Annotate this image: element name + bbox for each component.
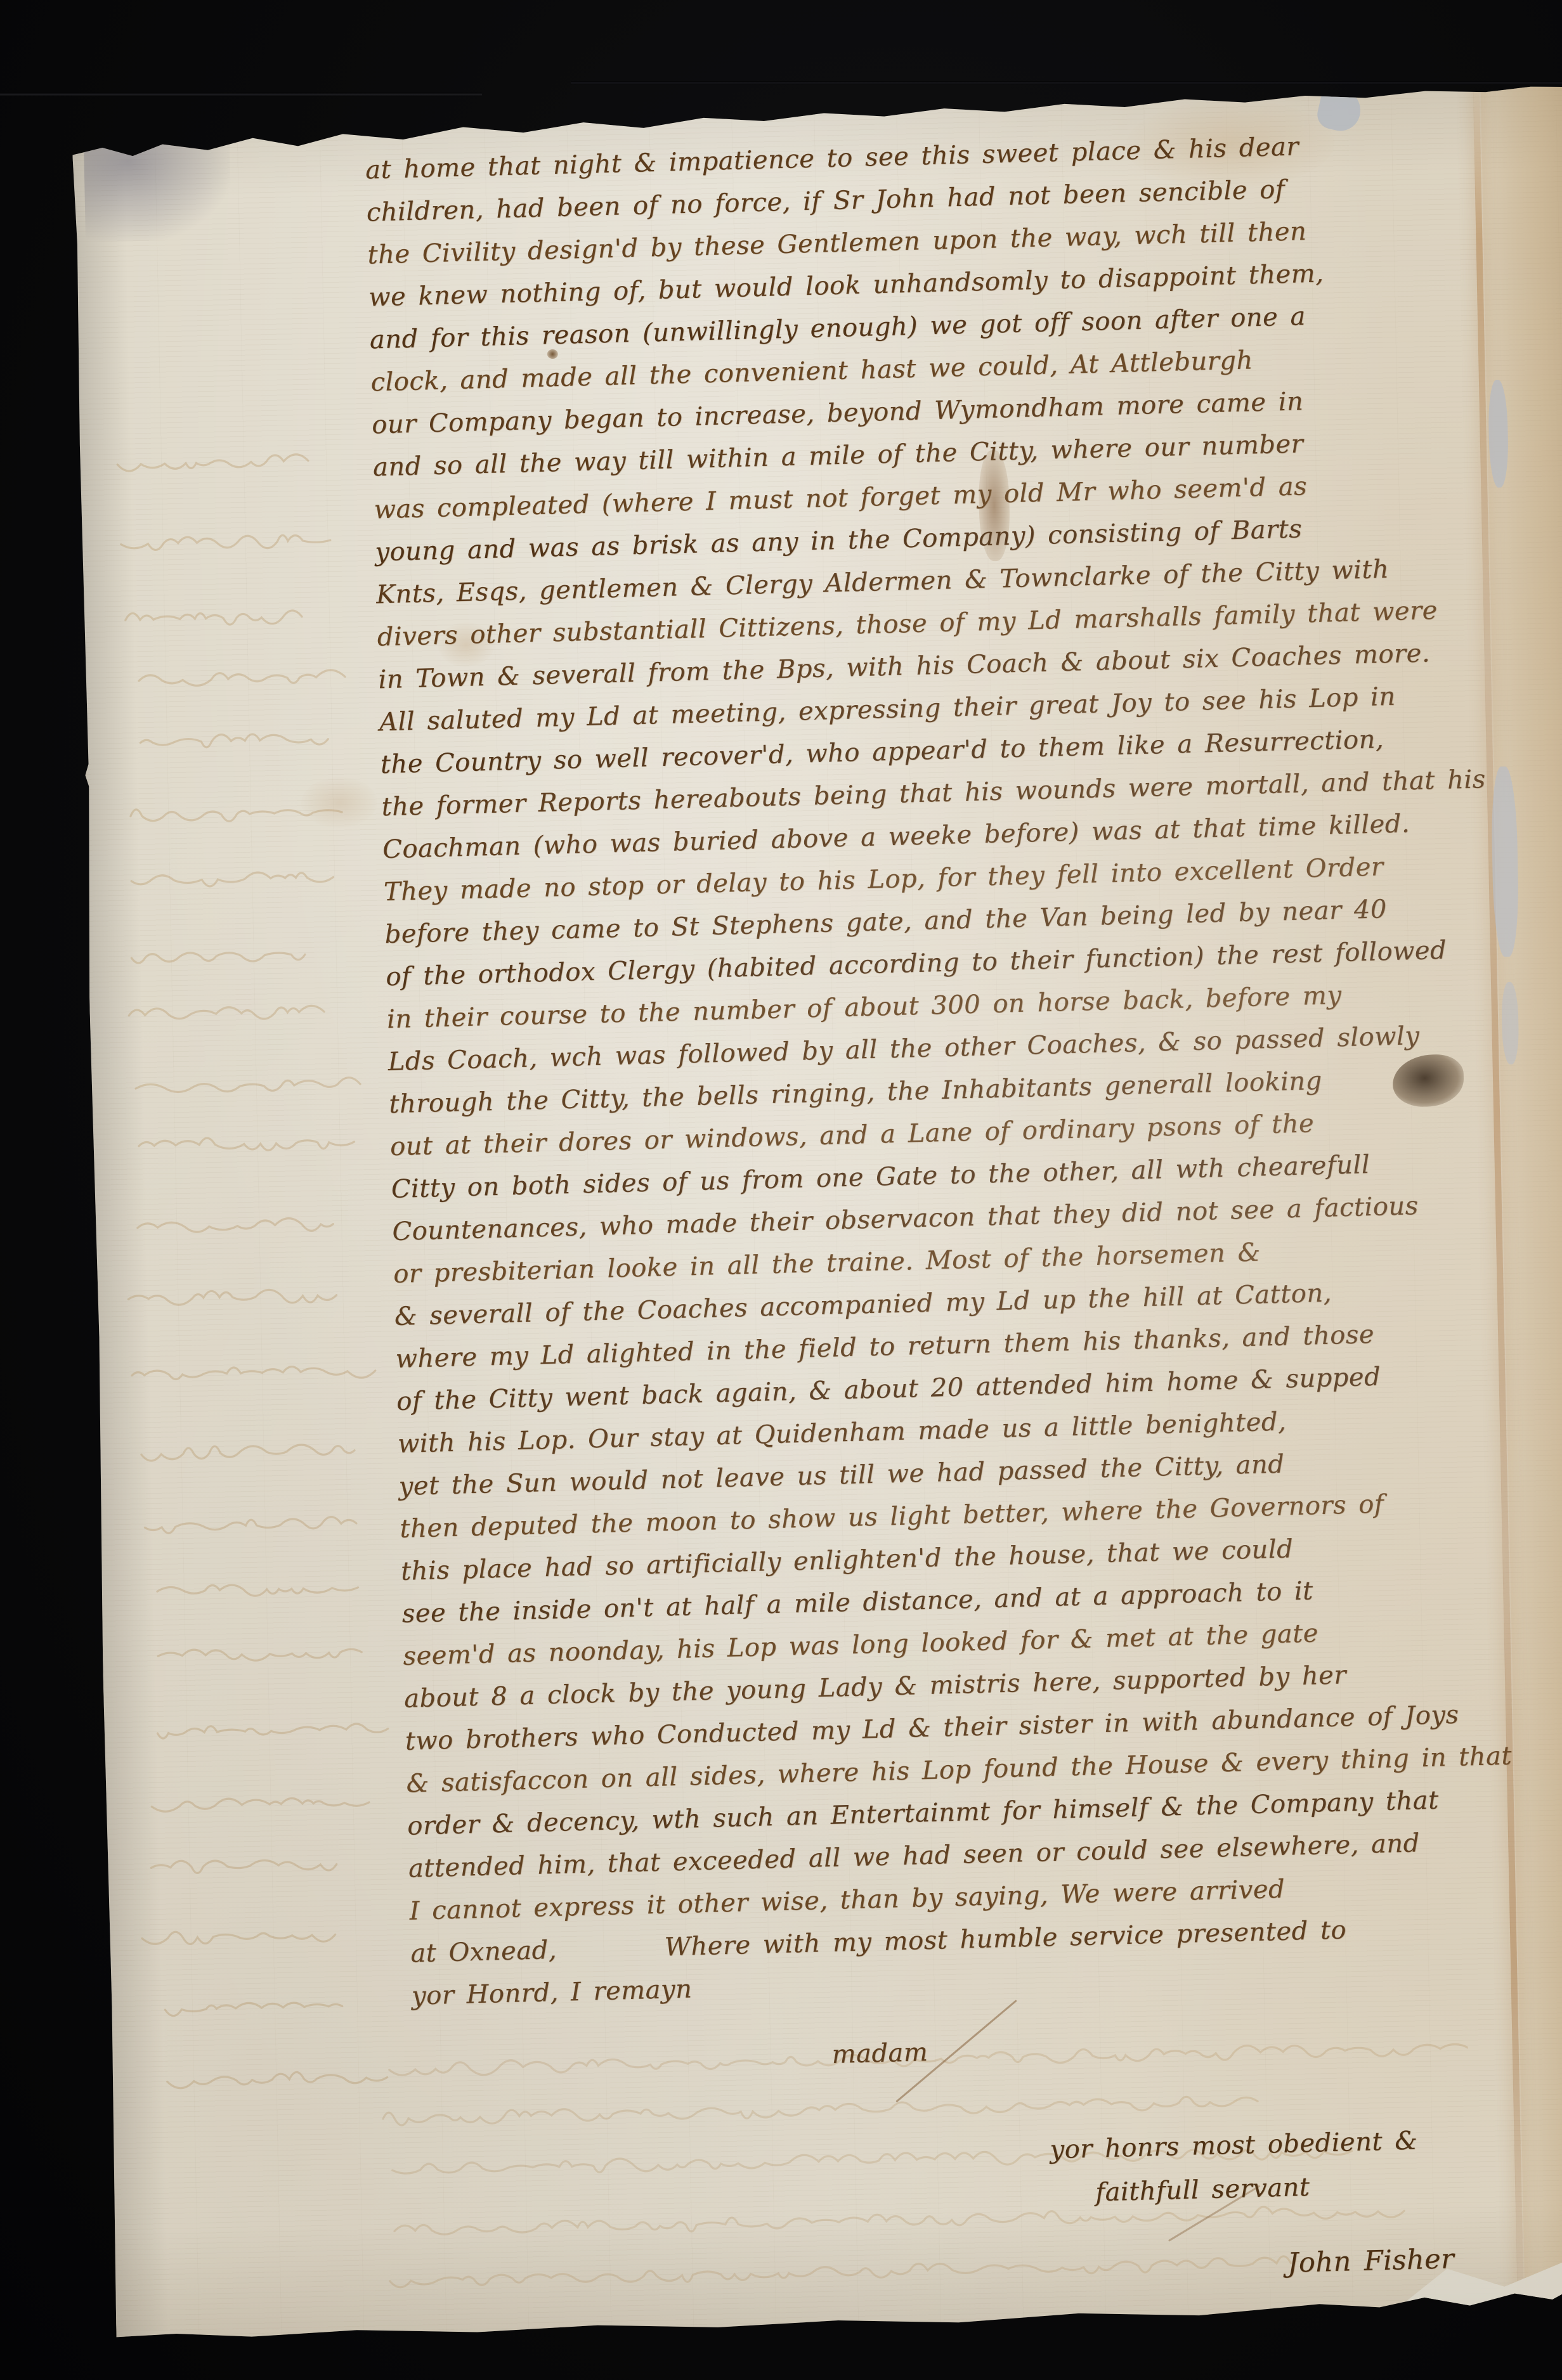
manuscript-line: the Civility design'd by these Gentlemen… — [367, 205, 1509, 277]
manuscript-line: the Country so well recover'd, who appea… — [380, 715, 1522, 787]
manuscript-line: yet the Sun would not leave us till we h… — [398, 1437, 1540, 1508]
manuscript-line: then deputed the moon to show us light b… — [400, 1479, 1542, 1551]
letter-text: at home that night & impatience to see t… — [365, 120, 1561, 2306]
manuscript-line: in Town & severall from the Bps, with hi… — [378, 630, 1520, 702]
manuscript-line: I cannot express it other wise, than by … — [409, 1861, 1551, 1933]
repair-patch — [1501, 982, 1520, 1064]
manuscript-line: & satisfaccon on all sides, where his Lo… — [406, 1734, 1548, 1806]
manuscript-line: Coachman (who was buried above a weeke b… — [382, 800, 1524, 872]
manuscript-page: at home that night & impatience to see t… — [72, 81, 1562, 2342]
manuscript-line: Lds Coach, wch was followed by all the o… — [387, 1012, 1530, 1084]
manuscript-line: young and was as brisk as any in the Com… — [375, 503, 1517, 574]
closing-service: Where with my most humble service presen… — [664, 1909, 1347, 1969]
repair-patch — [1488, 380, 1509, 488]
backdrop-seam — [0, 93, 482, 96]
manuscript-line: we knew nothing of, but would look unhan… — [368, 248, 1510, 320]
manuscript-line: two brothers who Conducted my Ld & their… — [405, 1691, 1547, 1763]
manuscript-line: divers other substantiall Cittizens, tho… — [377, 588, 1519, 659]
manuscript-line: about 8 a clock by the young Lady & mist… — [403, 1649, 1546, 1721]
closing-line: at Oxnead, Where with my most humble ser… — [410, 1904, 1552, 1976]
manuscript-line: attended him, that exceeded all we had s… — [408, 1819, 1550, 1891]
ink-spot — [547, 349, 558, 359]
backdrop-seam — [571, 81, 1562, 84]
corner-smudge — [83, 125, 231, 242]
manuscript-line: through the Citty, the bells ringing, th… — [389, 1055, 1531, 1127]
pen-flourish — [895, 2000, 1017, 2102]
manuscript-line: seem'd as noonday, his Lop was long look… — [403, 1607, 1545, 1678]
foxing-stain — [437, 622, 495, 668]
valediction-line-1: yor honrs most obedient & — [1050, 2116, 1558, 2171]
torn-corner — [1390, 2255, 1562, 2313]
manuscript-line: this place had so artificially enlighten… — [400, 1522, 1542, 1593]
manuscript-line: All saluted my Ld at meeting, expressing… — [379, 673, 1521, 744]
manuscript-line: with his Lop. Our stay at Quidenham made… — [397, 1394, 1539, 1466]
manuscript-line: Countenances, who made their observacon … — [392, 1182, 1534, 1254]
letter-body: at home that night & impatience to see t… — [365, 120, 1551, 1933]
valediction-line-2: faithfull servant — [1095, 2160, 1558, 2214]
fold-crease — [1473, 82, 1524, 2313]
manuscript-line: of the orthodox Clergy (habited accordin… — [386, 928, 1528, 999]
manuscript-line: our Company began to increase, beyond Wy… — [372, 375, 1514, 447]
manuscript-line: where my Ld alighted in the field to ret… — [395, 1309, 1537, 1381]
manuscript-line: They made no stop or delay to his Lop, f… — [383, 843, 1525, 914]
bleedthrough-text-bottom — [377, 2036, 1473, 2330]
manuscript-line: Citty on both sides of us from one Gate … — [391, 1140, 1533, 1212]
manuscript-photo: at home that night & impatience to see t… — [0, 0, 1562, 2380]
manuscript-line: see the inside on't at half a mile dista… — [401, 1564, 1544, 1636]
manuscript-line: in their course to the number of about 3… — [386, 970, 1528, 1042]
manuscript-line: was compleated (where I must not forget … — [374, 460, 1516, 532]
bleedthrough-text-left — [110, 447, 398, 2113]
stain-smear — [978, 450, 1011, 562]
repair-patch — [1315, 85, 1365, 135]
manuscript-line: clock, and made all the convenient hast … — [370, 333, 1513, 404]
manuscript-line: & severall of the Coaches accompanied my… — [394, 1267, 1536, 1338]
manuscript-line: at home that night & impatience to see t… — [365, 120, 1507, 192]
foxing-stain — [301, 777, 378, 829]
ink-blot — [1392, 1054, 1464, 1107]
manuscript-line: before they came to St Stephens gate, an… — [384, 885, 1526, 957]
pen-flourish — [1168, 2185, 1260, 2241]
manuscript-line: of the Citty went back again, & about 20… — [396, 1352, 1539, 1423]
manuscript-line: or presbiterian looke in all the traine.… — [393, 1225, 1535, 1297]
manuscript-line: Knts, Esqs, gentlemen & Clergy Aldermen … — [375, 545, 1518, 617]
salutation: madam — [831, 2015, 1555, 2076]
manuscript-line: and so all the way till within a mile of… — [372, 418, 1514, 489]
manuscript-line: the former Reports hereabouts being that… — [381, 758, 1523, 829]
page-fore-edge — [1480, 81, 1562, 2313]
signature: John Fisher — [1287, 2235, 1561, 2285]
closing-place: at Oxnead, — [410, 1929, 557, 1976]
manuscript-line: order & decency, wth such an Entertainmt… — [407, 1776, 1549, 1848]
foxing-stain — [1124, 98, 1336, 191]
manuscript-line: and for this reason (unwillingly enough)… — [369, 290, 1511, 362]
repair-patch — [1490, 766, 1520, 957]
manuscript-line: children, had been of no force, if Sr Jo… — [366, 163, 1508, 235]
manuscript-line: out at their dores or windows, and a Lan… — [389, 1097, 1532, 1169]
honor-line: yor Honrd, I remayn — [411, 1946, 1553, 2018]
